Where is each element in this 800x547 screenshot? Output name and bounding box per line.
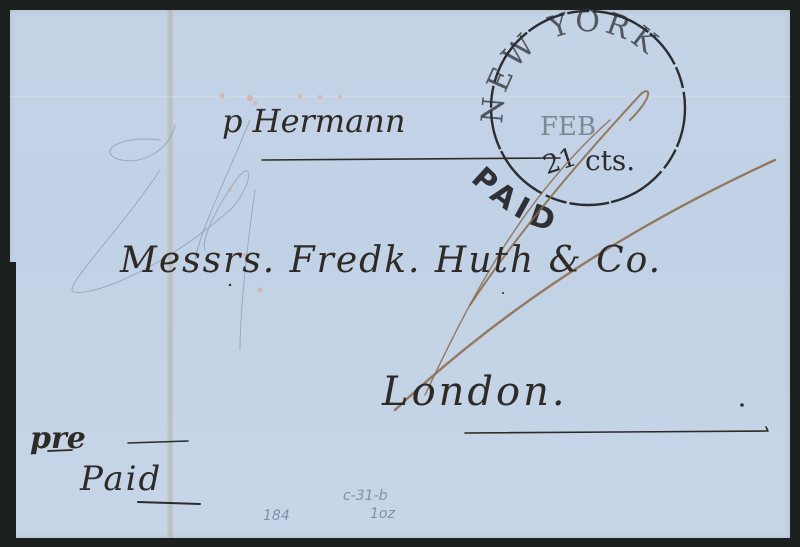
svg-text:NEW YORK: NEW YORK [475, 4, 666, 125]
svg-text:Paid: Paid [79, 459, 162, 499]
lower-left-paid-notation: pre Paid [30, 421, 200, 504]
pencil-notes: 184 c-31-b 1oz [263, 488, 395, 524]
pencil-weight: 1oz [370, 506, 395, 522]
cover-markings: NEW YORK FEB 21 cts. PAID p Hermann Mess… [0, 0, 800, 547]
destination-city: London. [381, 369, 768, 433]
addressee-name: Messrs. Fredk. Huth & Co. [119, 240, 662, 281]
postmark-city: NEW YORK [475, 4, 666, 125]
pencil-catalog-ref: c-31-b [343, 488, 388, 504]
pencil-number: 184 [263, 508, 290, 524]
svg-text:p Hermann: p Hermann [222, 102, 405, 140]
postmark-rate: 21 [540, 142, 581, 181]
svg-text:London.: London. [381, 369, 568, 415]
postmark-date: FEB [540, 112, 596, 142]
new-york-postmark: NEW YORK FEB 21 cts. [475, 4, 685, 205]
pencil-scribbles [72, 120, 255, 350]
